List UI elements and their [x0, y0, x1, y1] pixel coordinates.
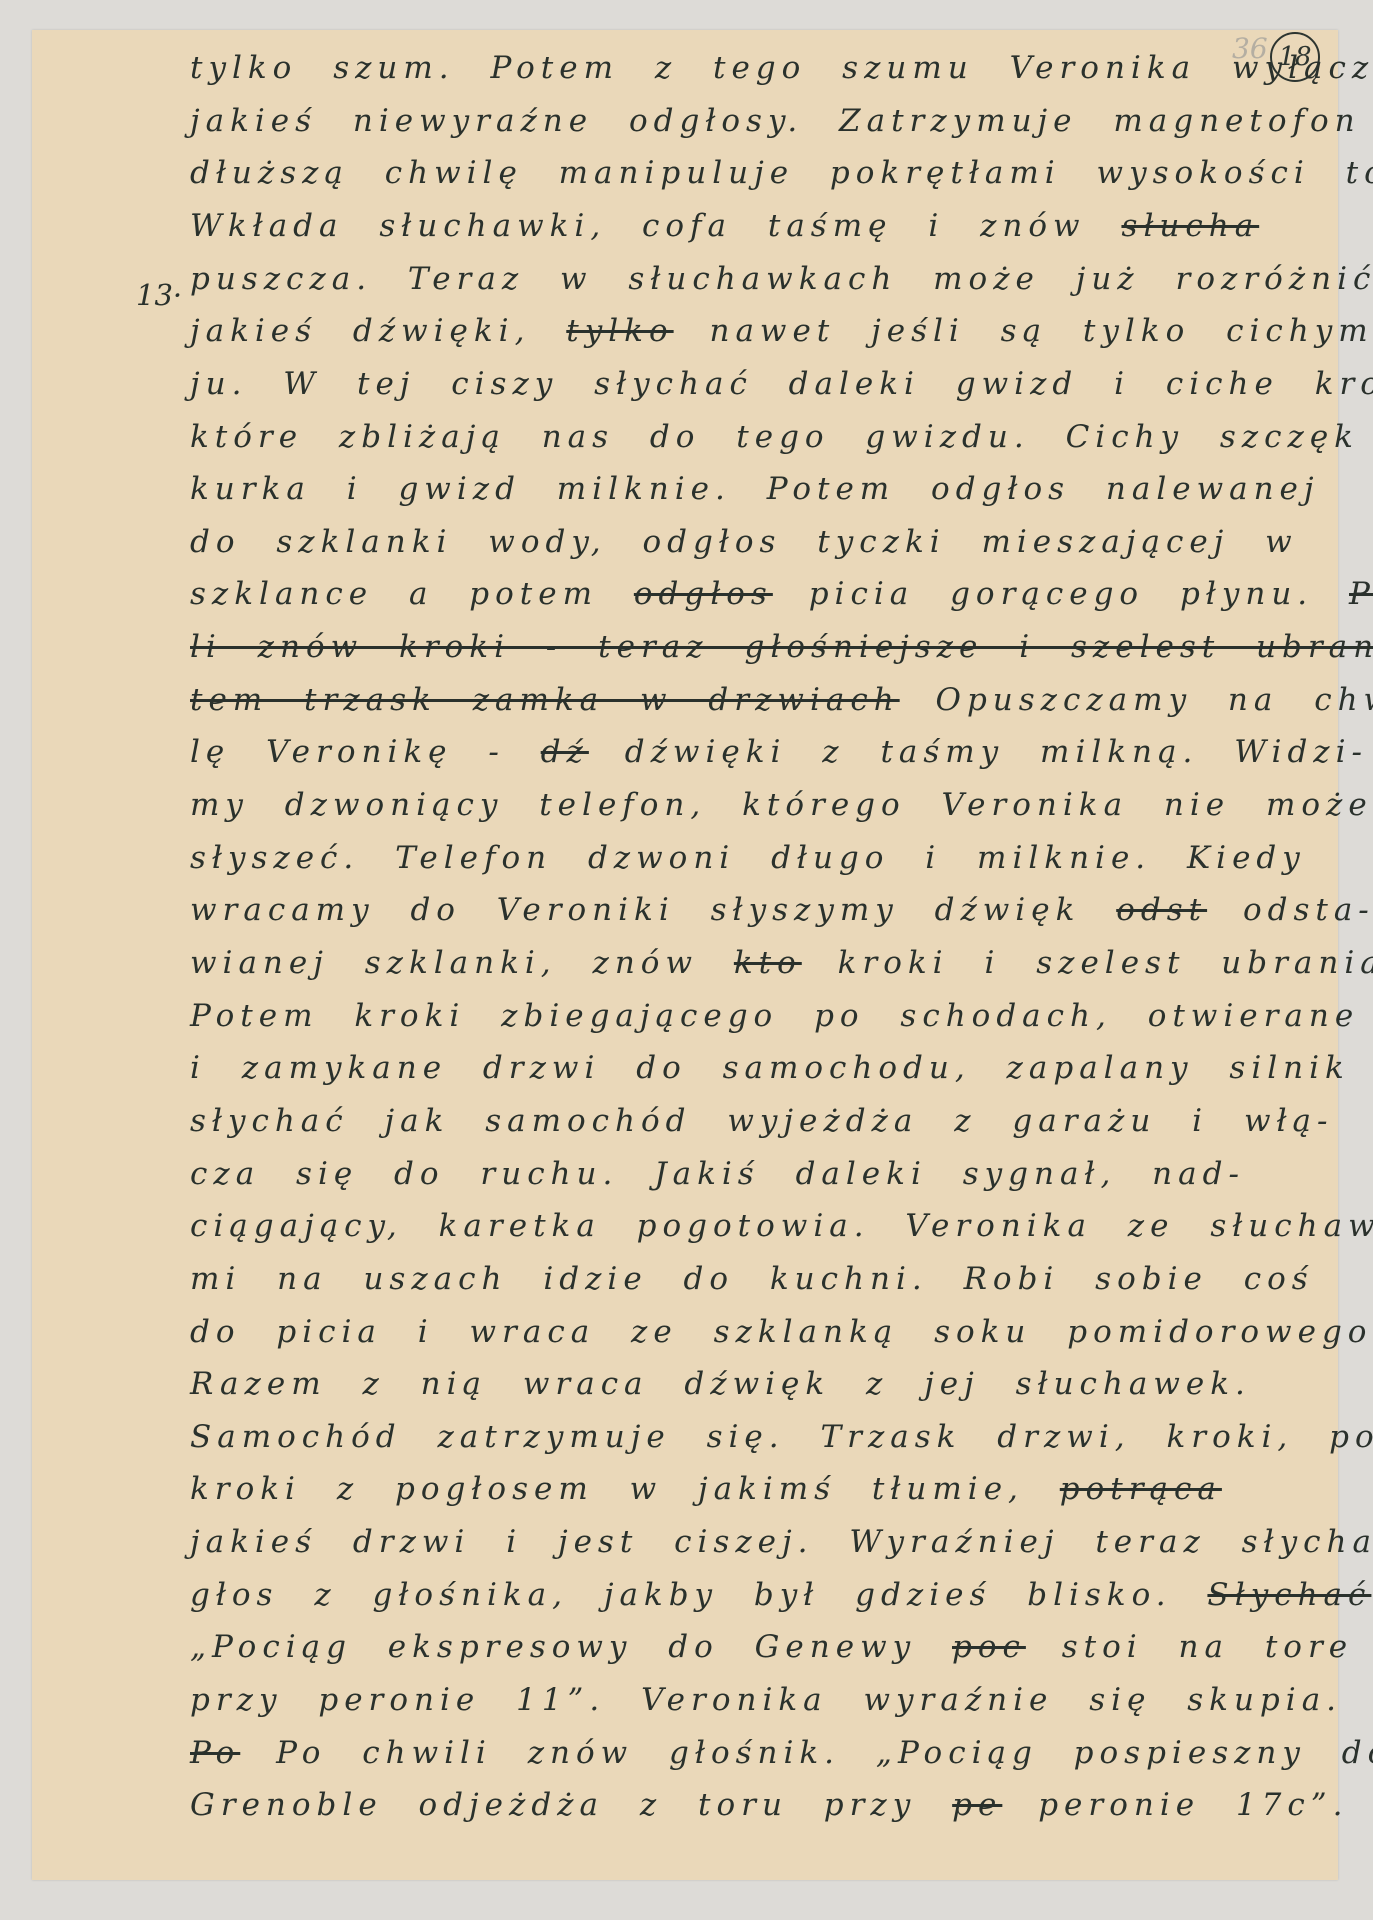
struck-text: pe — [952, 1787, 1002, 1823]
manuscript-line: i zamykane drzwi do samochodu, zapalany … — [190, 1050, 1373, 1086]
manuscript-line: cza się do ruchu. Jakiś daleki sygnał, n… — [190, 1156, 1245, 1192]
manuscript-line: Potem kroki zbiegającego po schodach, ot… — [190, 998, 1359, 1034]
manuscript-line: puszcza. Teraz w słuchawkach może już ro… — [190, 261, 1373, 297]
manuscript-line: Razem z nią wraca dźwięk z jej słuchawek… — [190, 1366, 1251, 1402]
manuscript-line: li znów kroki - teraz głośniejsze i szel… — [190, 629, 1373, 665]
manuscript-line: Samochód zatrzymuje się. Trzask drzwi, k… — [190, 1419, 1373, 1455]
struck-text: odst — [1116, 892, 1207, 928]
margin-note: 13· — [136, 278, 182, 312]
manuscript-line: głos z głośnika, jakby był gdzieś blisko… — [190, 1577, 1371, 1613]
manuscript-line: tem trzask zamka w drzwiach Opuszczamy n… — [190, 682, 1373, 718]
struck-text: kto — [734, 945, 802, 981]
manuscript-line: słyszeć. Telefon dzwoni długo i milknie.… — [190, 840, 1306, 876]
manuscript-line: my dzwoniący telefon, którego Veronika n… — [190, 787, 1373, 823]
manuscript-line: jakieś dźwięki, tylko nawet jeśli są tyl… — [190, 313, 1373, 349]
struck-text: Po — [190, 1735, 240, 1771]
manuscript-line: do szklanki wody, odgłos tyczki mieszają… — [190, 524, 1298, 560]
manuscript-line: jakieś niewyraźne odgłosy. Zatrzymuje ma… — [190, 103, 1373, 139]
manuscript-line: kroki z pogłosem w jakimś tłumie, potrąc… — [190, 1471, 1222, 1507]
struck-text: Słychać — [1207, 1577, 1371, 1613]
manuscript-line: ju. W tej ciszy słychać daleki gwizd i c… — [190, 366, 1373, 402]
manuscript-line: Grenoble odjeżdża z toru przy pe peronie… — [190, 1787, 1348, 1823]
struck-text: potrąca — [1060, 1471, 1222, 1507]
manuscript-line: kurka i gwizd milknie. Potem odgłos nale… — [190, 471, 1320, 507]
struck-text: tylko — [566, 313, 673, 349]
manuscript-line: ciągający, karetka pogotowia. Veronika z… — [190, 1208, 1373, 1244]
manuscript-line: „Pociąg ekspresowy do Genewy poc stoi na… — [190, 1629, 1353, 1665]
manuscript-line: lę Veronikę - dź dźwięki z taśmy milkną.… — [190, 734, 1368, 770]
manuscript-line: do picia i wraca ze szklanką soku pomido… — [190, 1314, 1373, 1350]
manuscript-line: które zbliżają nas do tego gwizdu. Cichy… — [190, 419, 1359, 455]
manuscript-line: jakieś drzwi i jest ciszej. Wyraźniej te… — [190, 1524, 1373, 1560]
struck-text: Po chwili — [1349, 576, 1373, 612]
manuscript-line: Wkłada słuchawki, cofa taśmę i znów słuc… — [190, 208, 1259, 244]
manuscript-line: dłuższą chwilę manipuluje pokrętłami wys… — [190, 155, 1373, 191]
manuscript-line: wianej szklanki, znów kto kroki i szeles… — [190, 945, 1373, 981]
manuscript-line: słychać jak samochód wyjeżdża z garażu i… — [190, 1103, 1334, 1139]
struck-text: dź — [541, 734, 589, 770]
struck-text: odgłos — [634, 576, 773, 612]
struck-text: tem trzask zamka w drzwiach — [190, 682, 900, 718]
manuscript-line: wracamy do Veroniki słyszymy dźwięk odst… — [190, 892, 1373, 928]
manuscript-line: Po Po chwili znów głośnik. „Pociąg pospi… — [190, 1735, 1373, 1771]
struck-text: li znów kroki - teraz głośniejsze i szel… — [190, 629, 1373, 665]
manuscript-line: przy peronie 11”. Veronika wyraźnie się … — [190, 1682, 1342, 1718]
manuscript-line: tylko szum. Potem z tego szumu Veronika … — [190, 50, 1373, 86]
struck-text: słucha — [1121, 208, 1259, 244]
manuscript-line: szklance a potem odgłos picia gorącego p… — [190, 576, 1373, 612]
manuscript-line: mi na uszach idzie do kuchni. Robi sobie… — [190, 1261, 1314, 1297]
struck-text: poc — [952, 1629, 1026, 1665]
